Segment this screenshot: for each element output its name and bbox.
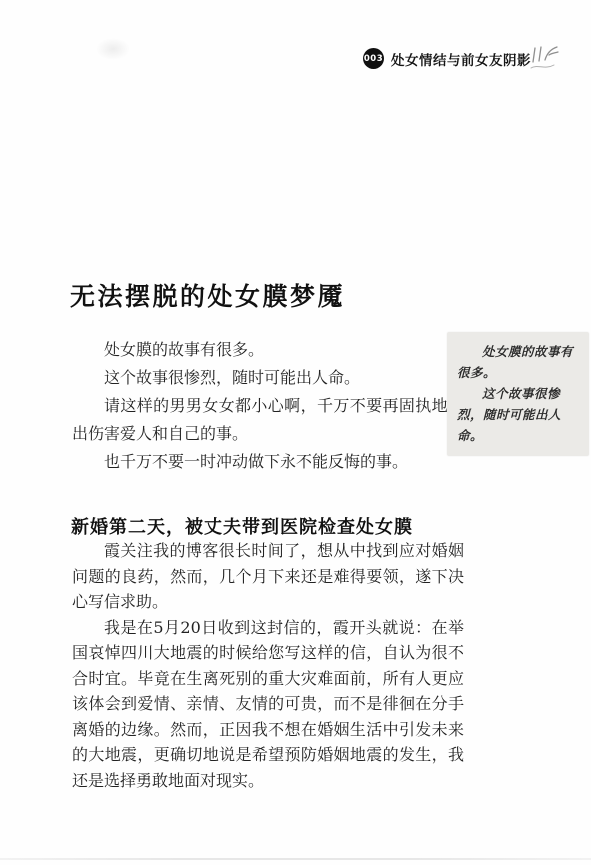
intro-paragraphs: 处女膜的故事有很多。 这个故事很惨烈，随时可能出人命。 请这样的男男女女都小心啊…: [72, 336, 464, 476]
intro-paragraph: 这个故事很惨烈，随时可能出人命。: [72, 364, 464, 392]
scan-smudge: [96, 38, 130, 60]
running-header: 003 处女情结与前女友阴影: [363, 48, 531, 69]
margin-note-paragraph: 处女膜的故事有很多。: [457, 341, 579, 383]
section-paragraphs: 霞关注我的博客很长时间了，想从中找到应对婚姻问题的良药，然而，几个月下来还是难得…: [72, 538, 464, 793]
section-heading: 新婚第二天，被丈夫带到医院检查处女膜: [71, 513, 413, 539]
handwritten-scribble-icon: [521, 40, 563, 74]
intro-paragraph: 处女膜的故事有很多。: [72, 336, 464, 364]
margin-note-paragraph: 这个故事很惨烈，随时可能出人命。: [457, 383, 579, 446]
section-paragraph: 霞关注我的博客很长时间了，想从中找到应对婚姻问题的良药，然而，几个月下来还是难得…: [72, 538, 464, 615]
intro-paragraph: 请这样的男男女女都小心啊，千万不要再固执地做出伤害爱人和自己的事。: [72, 392, 464, 448]
margin-note: 处女膜的故事有很多。 这个故事很惨烈，随时可能出人命。: [447, 332, 589, 456]
section-paragraph: 我是在5月20日收到这封信的，霞开头就说：在举国哀悼四川大地震的时候给您写这样的…: [72, 615, 464, 794]
article-title: 无法摆脱的处女膜梦魇: [70, 277, 345, 313]
book-page: 003 处女情结与前女友阴影 无法摆脱的处女膜梦魇 处女膜的故事有很多。 这个故…: [0, 0, 591, 865]
intro-paragraph: 也千万不要一时冲动做下永不能反悔的事。: [72, 448, 464, 476]
chapter-title: 处女情结与前女友阴影: [391, 49, 531, 69]
page-number-badge: 003: [363, 48, 384, 69]
page-bottom-edge: [0, 858, 591, 860]
